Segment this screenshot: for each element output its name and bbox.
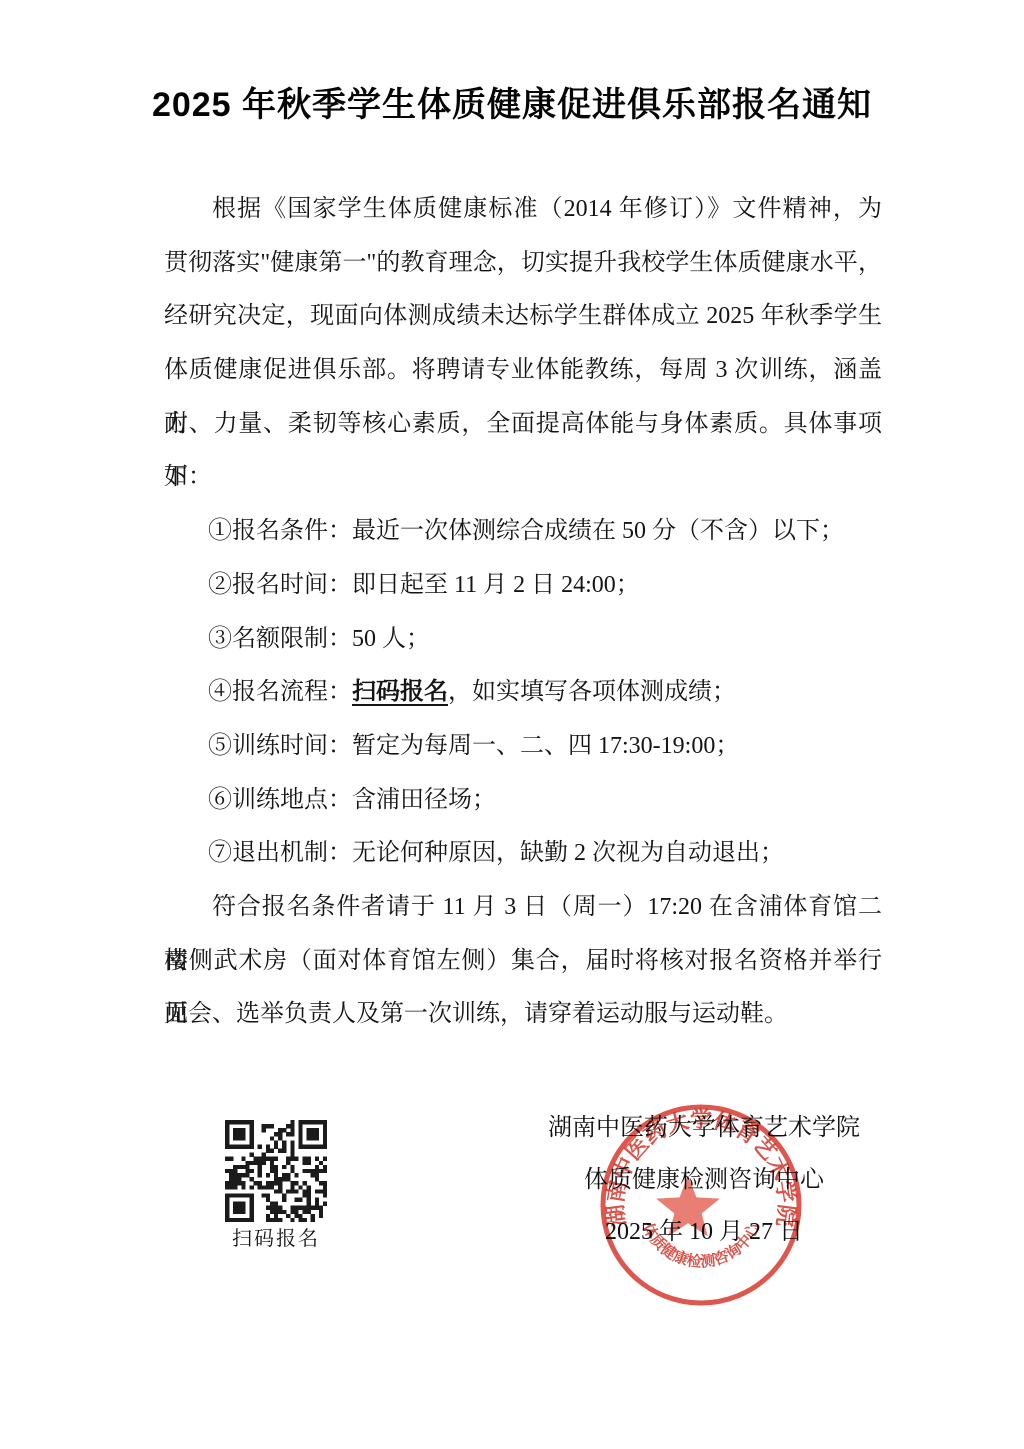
qr-code [225, 1120, 327, 1222]
intro-line: 根据《国家学生体质健康标准（2014 年修订）》文件精神，为 [164, 183, 882, 237]
intro-line: 下： [164, 451, 882, 505]
intro-line: 贯彻落实"健康第一"的教育理念，切实提升我校学生体质健康水平， [164, 237, 882, 291]
scan-register-text: 扫码报名 [352, 679, 448, 705]
list-item-4-suffix: ，如实填写各项体测成绩； [448, 679, 736, 705]
official-seal-stamp: 湖南中医药大学体育艺术学院 体质健康检测咨询中心 [596, 1100, 806, 1310]
closing-line: 南侧武术房（面对体育馆左侧）集合，届时将核对报名资格并举行见 [164, 935, 882, 989]
document-body: 根据《国家学生体质健康标准（2014 年修订）》文件精神，为 贯彻落实"健康第一… [164, 183, 882, 1042]
closing-line: 面会、选举负责人及第一次训练，请穿着运动服与运动鞋。 [164, 988, 882, 1042]
list-item-2: ②报名时间：即日起至 11 月 2 日 24:00； [164, 559, 882, 613]
intro-line: 体质健康促进俱乐部。将聘请专业体能教练，每周 3 次训练，涵盖耐 [164, 344, 882, 398]
page-title: 2025 年秋季学生体质健康促进俱乐部报名通知 [0, 78, 1024, 132]
seal-star-icon [656, 1175, 720, 1236]
list-item-3: ③名额限制：50 人； [164, 613, 882, 667]
intro-line: 经研究决定，现面向体测成绩未达标学生群体成立 2025 年秋季学生 [164, 290, 882, 344]
closing-line: 符合报名条件者请于 11 月 3 日（周一）17:20 在含浦体育馆二楼 [164, 881, 882, 935]
list-item-1: ①报名条件：最近一次体测综合成绩在 50 分（不含）以下； [164, 505, 882, 559]
qr-caption: 扫码报名 [215, 1224, 337, 1254]
list-item-4-prefix: ④报名流程： [208, 679, 352, 705]
intro-line: 力、力量、柔韧等核心素质，全面提高体能与身体素质。具体事项如 [164, 398, 882, 452]
list-item-6: ⑥训练地点：含浦田径场； [164, 774, 882, 828]
list-item-7: ⑦退出机制：无论何种原因，缺勤 2 次视为自动退出； [164, 827, 882, 881]
list-item-4: ④报名流程：扫码报名，如实填写各项体测成绩； [164, 666, 882, 720]
list-item-5: ⑤训练时间：暂定为每周一、二、四 17:30-19:00； [164, 720, 882, 774]
document-page: 2025 年秋季学生体质健康促进俱乐部报名通知 根据《国家学生体质健康标准（20… [0, 0, 1024, 1449]
